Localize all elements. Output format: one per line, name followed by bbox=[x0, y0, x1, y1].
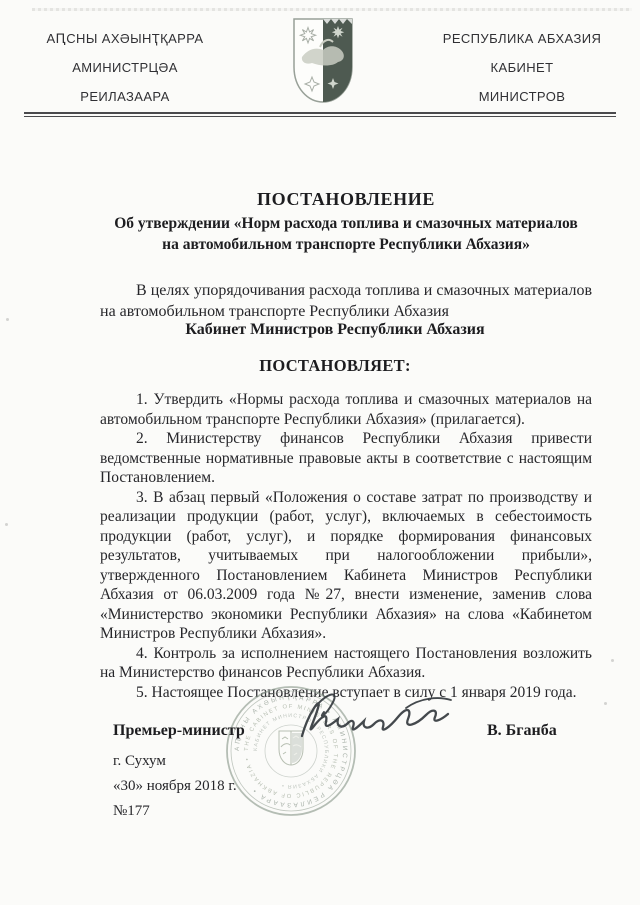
decree-item-3: 3. В абзац первый «Положения о составе з… bbox=[100, 488, 592, 644]
signature-city: г. Сухум bbox=[113, 749, 237, 774]
letterhead-line: МИНИСТРОВ bbox=[422, 82, 622, 111]
decree-item-4: 4. Контроль за исполнением настоящего По… bbox=[100, 644, 592, 683]
decree-document-page: АԤСНЫ АХӘЫНҬҚАРРА АМИНИСТРЦӘА РЕИЛАЗААРА… bbox=[0, 0, 640, 905]
subject-line-1: Об утверждении «Норм расхода топлива и с… bbox=[70, 213, 622, 234]
signature-meta: г. Сухум «30» ноября 2018 г. №177 bbox=[113, 749, 237, 824]
decree-item-1: 1. Утвердить «Нормы расхода топлива и см… bbox=[100, 390, 592, 429]
scan-artifact-top-edge bbox=[32, 8, 632, 11]
signer-post-label: Премьер-министр bbox=[113, 722, 245, 740]
letterhead-left-abkhaz: АԤСНЫ АХӘЫНҬҚАРРА АМИНИСТРЦӘА РЕИЛАЗААРА bbox=[26, 24, 224, 111]
decree-items: 1. Утвердить «Нормы расхода топлива и см… bbox=[100, 390, 592, 702]
document-title: ПОСТАНОВЛЕНИЕ bbox=[100, 189, 592, 210]
scan-speck bbox=[5, 523, 8, 526]
letterhead-line: АԤСНЫ АХӘЫНҬҚАРРА bbox=[26, 24, 224, 53]
scan-speck bbox=[6, 318, 9, 321]
letterhead-divider-double-line bbox=[24, 112, 616, 117]
letterhead-line: АМИНИСТРЦӘА bbox=[26, 53, 224, 82]
handwritten-signature bbox=[288, 686, 463, 752]
subject-line-2: на автомобильном транспорте Республики А… bbox=[70, 234, 622, 255]
signer-name: В. Бганба bbox=[487, 722, 557, 740]
abkhazia-coat-of-arms-icon bbox=[291, 17, 355, 108]
letterhead-line: РЕСПУБЛИКА АБХАЗИЯ bbox=[422, 24, 622, 53]
letterhead: АԤСНЫ АХӘЫНҬҚАРРА АМИНИСТРЦӘА РЕИЛАЗААРА… bbox=[26, 24, 622, 111]
decree-number: №177 bbox=[113, 799, 237, 824]
preamble-paragraph: В целях упорядочивания расхода топлива и… bbox=[100, 280, 592, 322]
scan-speck bbox=[611, 659, 614, 662]
signature-date: «30» ноября 2018 г. bbox=[113, 774, 237, 799]
decree-item-2: 2. Министерству финансов Республики Абха… bbox=[100, 429, 592, 488]
document-subject: Об утверждении «Норм расхода топлива и с… bbox=[70, 213, 622, 255]
resolves-heading: ПОСТАНОВЛЯЕТ: bbox=[100, 356, 570, 376]
issuing-authority: Кабинет Министров Республики Абхазия bbox=[100, 321, 570, 339]
letterhead-right-russian: РЕСПУБЛИКА АБХАЗИЯ КАБИНЕТ МИНИСТРОВ bbox=[422, 24, 622, 111]
letterhead-line: РЕИЛАЗААРА bbox=[26, 82, 224, 111]
scan-speck bbox=[604, 702, 607, 705]
letterhead-line: КАБИНЕТ bbox=[422, 53, 622, 82]
